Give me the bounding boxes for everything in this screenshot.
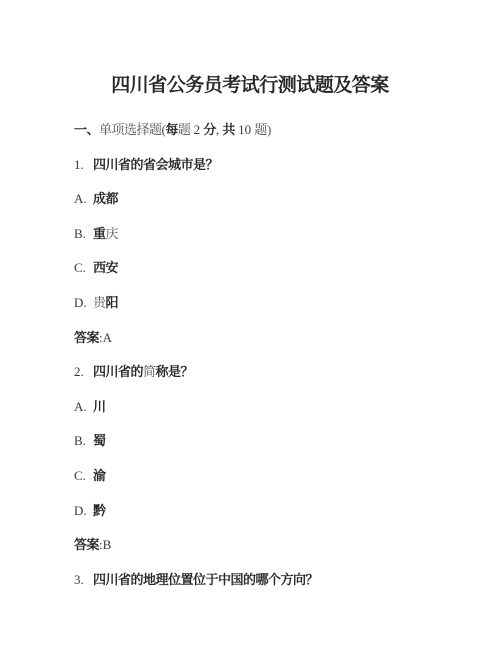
text-segment: 庆 xyxy=(106,226,119,241)
option-letter: A. xyxy=(74,399,93,414)
text-segment: 简 xyxy=(143,364,156,379)
text-segment: :A xyxy=(99,330,112,345)
option-letter: B. xyxy=(74,433,93,448)
section-header: 一、单项选择题(每题 2 分, 共 10 题) xyxy=(74,122,271,137)
text-segment: ) xyxy=(267,122,271,137)
option-letter: D. xyxy=(74,295,93,310)
text-segment: 题 xyxy=(178,122,191,137)
text-segment: 重 xyxy=(93,226,106,241)
text-segment: 渝 xyxy=(93,468,106,483)
text-segment: 西安 xyxy=(93,260,118,275)
text-segment: 称是？ xyxy=(156,364,194,379)
option-letter: D. xyxy=(74,503,93,518)
option-item: C.渝 xyxy=(74,468,106,483)
option-item: D.贵阳 xyxy=(74,295,118,310)
text-segment: 贵 xyxy=(93,295,106,310)
text-segment: 2 xyxy=(190,122,203,137)
text-segment: 四川省的 xyxy=(93,364,143,379)
text-segment: 答案 xyxy=(74,330,99,345)
option-item: A.成都 xyxy=(74,191,118,206)
question-prompt: 2.四川省的简称是？ xyxy=(74,364,193,379)
question-prompt: 1.四川省的省会城市是？ xyxy=(74,157,218,172)
text-segment: 一、 xyxy=(74,122,99,137)
option-item: A.川 xyxy=(74,399,106,414)
text-segment: 分 xyxy=(203,122,216,137)
question-prompt: 3.四川省的地理位置位于中国的哪个方向？ xyxy=(74,572,318,587)
option-letter: C. xyxy=(74,468,93,483)
option-item: B.蜀 xyxy=(74,433,106,448)
text-segment: 黔 xyxy=(93,503,106,518)
option-letter: A. xyxy=(74,191,93,206)
option-item: C.西安 xyxy=(74,260,118,275)
option-letter: C. xyxy=(74,260,93,275)
question-number: 1. xyxy=(74,157,93,172)
option-item: B.重庆 xyxy=(74,226,118,241)
text-segment: 答案 xyxy=(74,537,99,552)
text-segment: 川 xyxy=(93,399,106,414)
text-segment: 四川省的省会城市是？ xyxy=(93,157,218,172)
answer-line: 答案:B xyxy=(74,537,111,552)
text-segment: 题 xyxy=(254,122,267,137)
question-number: 3. xyxy=(74,572,93,587)
document-page: 四川省公务员考试行测试题及答案 一、单项选择题(每题 2 分, 共 10 题)1… xyxy=(0,0,500,647)
text-segment: 阳 xyxy=(106,295,119,310)
option-item: D.黔 xyxy=(74,503,106,518)
text-segment: 每 xyxy=(165,122,178,137)
option-letter: B. xyxy=(74,226,93,241)
answer-line: 答案:A xyxy=(74,330,112,345)
document-title: 四川省公务员考试行测试题及答案 xyxy=(0,74,500,97)
text-segment: :B xyxy=(99,537,111,552)
text-segment: 四川省的地理位置位于中国的哪个方向？ xyxy=(93,572,318,587)
question-number: 2. xyxy=(74,364,93,379)
text-segment: 10 xyxy=(235,122,255,137)
text-segment: 单项选择题( xyxy=(99,122,165,137)
text-segment: 蜀 xyxy=(93,433,106,448)
text-segment: 成都 xyxy=(93,191,118,206)
text-segment: 共 xyxy=(222,122,235,137)
